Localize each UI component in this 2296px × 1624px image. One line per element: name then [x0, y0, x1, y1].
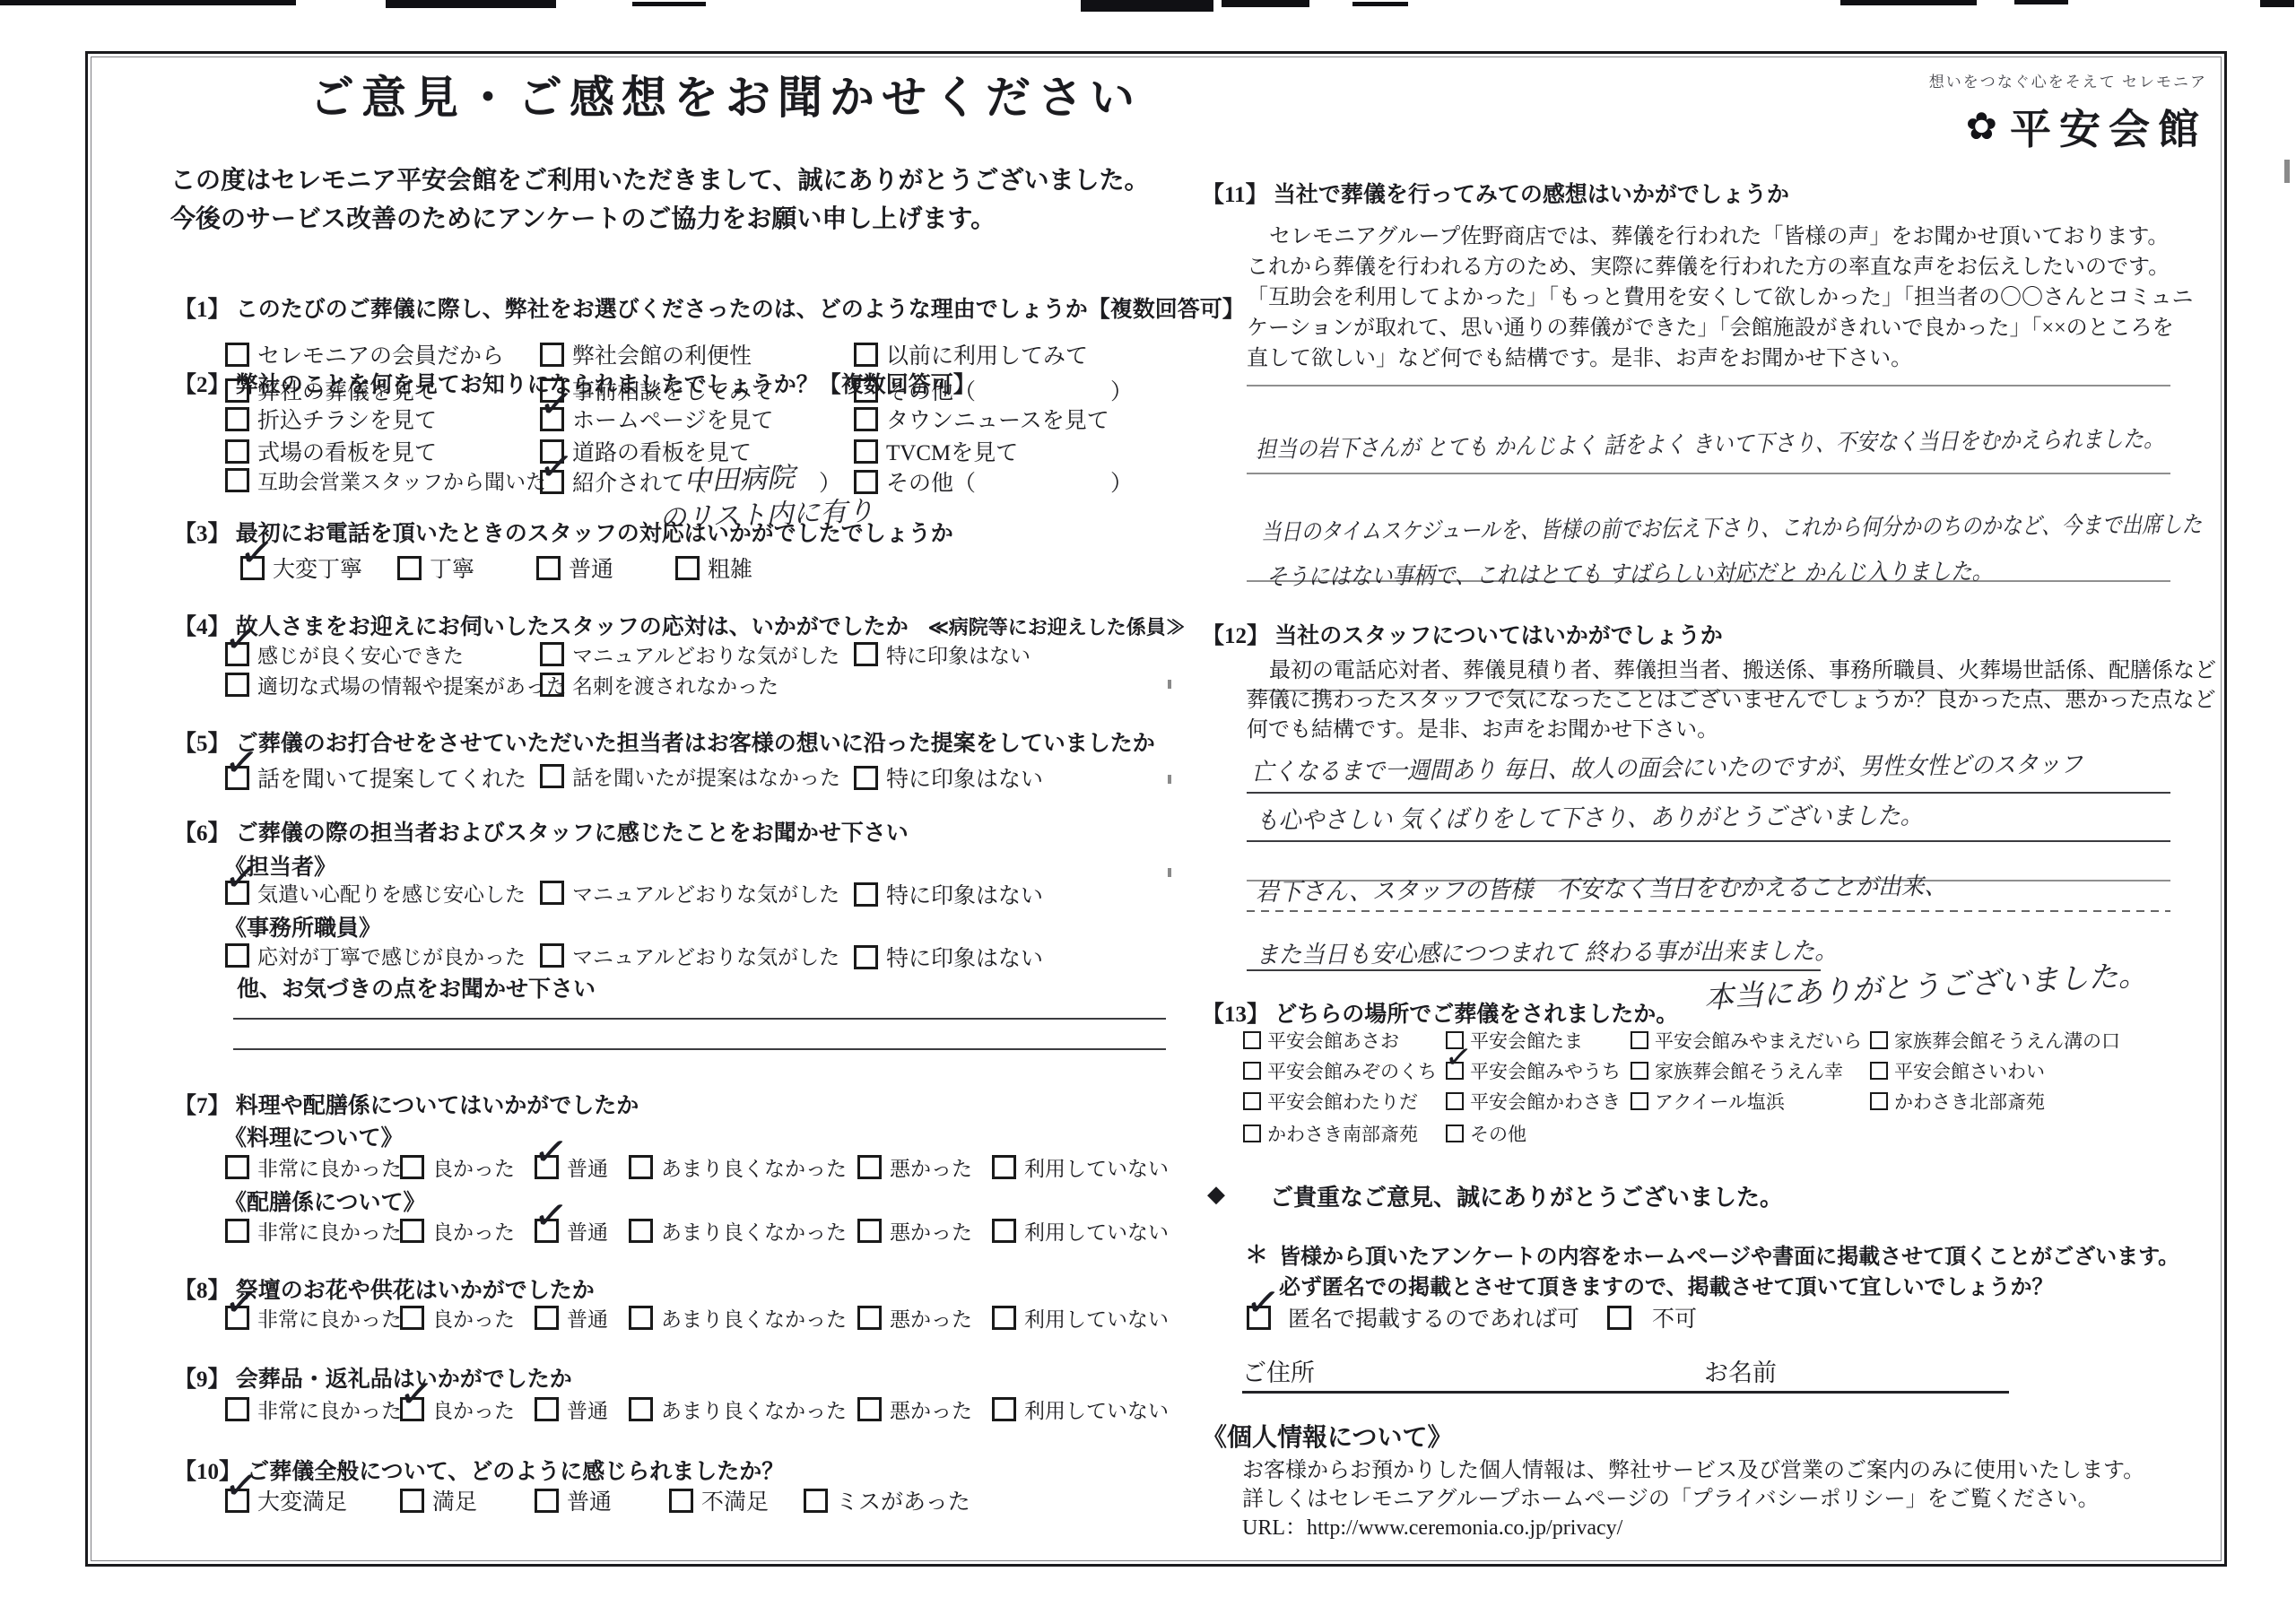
option-excellent[interactable]: 非常に良かった	[225, 1394, 400, 1424]
scan-artifact	[2014, 0, 2068, 4]
checkbox[interactable]	[400, 1489, 424, 1513]
question-11-title: 【11】 当社で葬儀を行ってみての感想はいかがでしょうか	[1202, 177, 1789, 209]
option-anonymous-ok[interactable]: ✓匿名で掲載するのであれば可	[1247, 1301, 1607, 1333]
privacy-line-1: お客様からお預かりした個人情報は、弊社サービス及び営業のご案内のみに使用いたしま…	[1242, 1452, 2144, 1483]
checkbox[interactable]	[992, 1155, 1016, 1179]
address-label: ご住所	[1242, 1353, 1315, 1388]
intro-line-1: この度はセレモニア平安会館をご利用いただきまして、誠にありがとうございました。	[170, 161, 1149, 196]
option-hall-asao[interactable]: 平安会館あさお	[1243, 1027, 1446, 1054]
checkbox[interactable]	[225, 673, 249, 697]
checkbox[interactable]	[804, 1489, 828, 1513]
option-not-so-good[interactable]: あまり良くなかった	[629, 1216, 857, 1246]
option-hall-miyamaedaira[interactable]: 平安会館みやまえだいら	[1631, 1027, 1870, 1054]
checkbox[interactable]	[535, 1397, 559, 1421]
checkbox[interactable]	[854, 766, 878, 790]
handwritten-comment: そうにはない事柄で、これはとても すばらしい対応だと かんじ入りました。	[1266, 553, 1993, 592]
question-3-options: ✓大変丁寧 丁寧 普通 粗雑	[240, 551, 752, 584]
question-5-title: 【5】 ご葬儀のお打合せをさせていただいた担当者はお客様の想いに沿った提案をして…	[174, 725, 1155, 758]
question-13-options-row-2: 平安会館みぞのくち ✓平安会館みやうち 家族葬会館そうえん幸 平安会館さいわい	[1243, 1057, 2045, 1084]
question-10-title: 【10】 ご葬儀全般について、どのように感じられましたか？	[174, 1454, 784, 1486]
option-good[interactable]: ✓良かった	[400, 1394, 535, 1424]
consent-options: ✓匿名で掲載するのであれば可 不可	[1247, 1301, 1697, 1333]
option-listened-no-proposal[interactable]: 話を聞いたが提案はなかった	[540, 761, 854, 791]
question-13-options-row-3: 平安会館わたりだ 平安会館かわさき アクイール塩浜 かわさき北部斎苑	[1243, 1088, 2045, 1115]
checkbox[interactable]	[540, 673, 564, 697]
handwritten-comment: 当日のタイムスケジュールを、皆様の前でお伝え下さり、これから何分かのちのかなど、…	[1261, 506, 2202, 547]
question-13-options-row-1: 平安会館あさお 平安会館たま 平安会館みやまえだいら 家族葬会館そうえん溝の口	[1243, 1027, 2120, 1054]
option-normal[interactable]: 普通	[535, 1303, 629, 1333]
checkbox[interactable]	[992, 1219, 1016, 1243]
option-hall-kawasaki[interactable]: 平安会館かわさき	[1446, 1088, 1631, 1115]
option-polite[interactable]: 丁寧	[397, 551, 536, 584]
right-column: 想いをつなぐ心をそえて セレモニア ✿ 平安会館 【11】 当社で葬儀を行ってみ…	[1202, 51, 2220, 1561]
option-hall-saiwai[interactable]: 平安会館さいわい	[1870, 1057, 2045, 1084]
checkbox[interactable]	[1870, 1092, 1888, 1110]
checkbox[interactable]	[540, 764, 564, 788]
handwritten-comment: も心やさしい 気くばりをして下さり、ありがとうございました。	[1256, 795, 1923, 836]
option-felt-manual[interactable]: マニュアルどおりな気がした	[540, 941, 854, 970]
question-7-title: 【7】 料理や配膳係についてはいかがでしたか	[174, 1088, 639, 1120]
checkbox[interactable]	[535, 1306, 559, 1330]
checkbox-checked[interactable]: ✓	[225, 642, 249, 666]
option-good[interactable]: 良かった	[400, 1303, 535, 1333]
option-hall-mizonokuchi[interactable]: 平安会館みぞのくち	[1243, 1057, 1446, 1084]
intro-line-2: 今後のサービス改善のためにアンケートのご協力をお願い申し上げます。	[170, 199, 996, 235]
option-no-business-card[interactable]: 名刺を渡されなかった	[540, 670, 778, 699]
scan-artifact	[1352, 2, 1408, 6]
option-not-ok[interactable]: 不可	[1607, 1301, 1697, 1333]
option-not-so-good[interactable]: あまり良くなかった	[629, 1303, 857, 1333]
question-2-title: 【2】 弊社のことを何を見てお知りになられましたでしょうか？【複数回答可】	[174, 367, 976, 399]
checkbox[interactable]	[225, 1397, 249, 1421]
option-other[interactable]: その他	[1446, 1120, 1526, 1147]
brand-tagline: 想いをつなぐ心をそえて セレモニア	[1929, 69, 2207, 91]
checkbox[interactable]	[854, 343, 878, 367]
option-good[interactable]: 良かった	[400, 1216, 535, 1246]
checkbox[interactable]	[1870, 1031, 1888, 1049]
scan-artifact	[1222, 0, 1309, 7]
option-hall-soen-mizonokuchi[interactable]: 家族葬会館そうえん溝の口	[1870, 1027, 2120, 1054]
option-not-so-good[interactable]: あまり良くなかった	[629, 1152, 857, 1182]
question-6-free-comment-label: 他、お気づきの点をお聞かせ下さい	[237, 971, 596, 1003]
question-12-title: 【12】 当社のスタッフについてはいかがでしょうか	[1202, 618, 1723, 650]
checkbox[interactable]	[857, 1155, 882, 1179]
option-not-used[interactable]: 利用していない	[992, 1152, 1169, 1182]
checkbox[interactable]	[225, 468, 249, 492]
option-hall-soen-sachi[interactable]: 家族葬会館そうえん幸	[1631, 1057, 1870, 1084]
checkbox[interactable]	[1243, 1031, 1261, 1049]
option-felt-manual[interactable]: マニュアルどおりな気がした	[540, 878, 854, 908]
checkbox[interactable]	[225, 343, 249, 367]
handwritten-comment: 担当の岩下さんが とても かんじよく 話をよく きいて下さり、不安なく当日をむか…	[1256, 421, 2164, 465]
scan-artifact	[632, 2, 706, 6]
checkbox[interactable]	[629, 1219, 653, 1243]
option-bad[interactable]: 悪かった	[857, 1216, 992, 1246]
option-normal[interactable]: 普通	[536, 551, 675, 584]
consent-line-1: 皆様から頂いたアンケートの内容をホームページや書面に掲載させて頂くことがございま…	[1279, 1238, 2179, 1270]
checkbox[interactable]	[225, 1155, 249, 1179]
ruled-line[interactable]	[1247, 840, 2170, 842]
option-member[interactable]: セレモニアの会員だから	[225, 338, 540, 370]
question-10-options: ✓大変満足 満足 普通 不満足 ミスがあった	[225, 1484, 970, 1516]
option-excellent[interactable]: 非常に良かった	[225, 1216, 400, 1246]
option-used-before[interactable]: 以前に利用してみて	[854, 338, 1088, 370]
checkbox[interactable]	[992, 1397, 1016, 1421]
checkbox[interactable]	[1631, 1031, 1648, 1049]
option-very-satisfied[interactable]: ✓大変満足	[225, 1484, 400, 1516]
question-4-note: ≪病院等にお迎えした係員≫	[928, 616, 1186, 638]
checkbox[interactable]	[400, 1306, 424, 1330]
option-other[interactable]: その他（ ）	[854, 465, 1133, 498]
option-mistake[interactable]: ミスがあった	[804, 1484, 970, 1516]
checkbox[interactable]	[225, 1219, 249, 1243]
option-good-proposal[interactable]: 適切な式場の情報や提案があった	[225, 670, 540, 699]
question-6-subheading-jimusho: 《事務所職員》	[224, 910, 381, 942]
asterisk-icon: ＊	[1245, 1237, 1268, 1270]
checkmark-icon: ✓	[531, 1193, 570, 1238]
option-excellent[interactable]: ✓非常に良かった	[225, 1303, 400, 1333]
question-11-body-line: 直して欲しい」など何でも結構です。是非、お声をお聞かせ下さい。	[1247, 340, 1912, 371]
option-good[interactable]: 良かった	[400, 1152, 535, 1182]
checkbox-checked[interactable]: ✓	[1247, 1306, 1271, 1330]
checkbox-checked[interactable]: ✓	[540, 407, 564, 431]
option-not-so-good[interactable]: あまり良くなかった	[629, 1394, 857, 1424]
question-9-title: 【9】 会葬品・返礼品はいかがでしたか	[174, 1361, 572, 1394]
question-6-subheading-tantosha: 《担当者》	[224, 849, 336, 881]
option-no-impression[interactable]: 特に印象はない	[854, 761, 1043, 794]
checkbox[interactable]	[540, 943, 564, 968]
question-1-options-row-1: セレモニアの会員だから 弊社会館の利便性 以前に利用してみて	[225, 338, 1088, 370]
checkbox[interactable]	[854, 439, 878, 464]
option-kawasaki-nanbu[interactable]: かわさき南部斎苑	[1243, 1120, 1446, 1147]
handwritten-comment: 岩下さん、スタッフの皆様 不安なく当日をむかえることが出来、	[1256, 866, 1947, 908]
question-11-body-line: セレモニアグループ佐野商店では、葬儀を行われた「皆様の声」をお聞かせ頂いておりま…	[1269, 218, 2169, 249]
question-7-subheading-haizen: 《配膳係について》	[224, 1185, 426, 1217]
question-3-title: 【3】 最初にお電話を頂いたときのスタッフの対応はいかがでしたでしょうか	[174, 516, 953, 548]
option-aquir-shiohama[interactable]: アクイール塩浜	[1631, 1088, 1870, 1115]
option-town-news[interactable]: タウンニュースを見て	[854, 403, 1109, 435]
option-felt-manual[interactable]: マニュアルどおりな気がした	[540, 639, 854, 669]
checkbox[interactable]	[1243, 1062, 1261, 1080]
checkbox[interactable]	[1631, 1092, 1648, 1110]
question-8-options: ✓非常に良かった 良かった 普通 あまり良くなかった 悪かった 利用していない	[225, 1303, 1169, 1333]
option-kawasaki-hokubu[interactable]: かわさき北部斎苑	[1870, 1088, 2045, 1115]
question-11-body-line: 「互助会を利用してよかった」「もっと費用を安くして欲しかった」「担当者の〇〇さん…	[1247, 279, 2194, 310]
option-hall-tama[interactable]: 平安会館たま	[1446, 1027, 1631, 1054]
left-column: ご意見・ご感想をお聞かせください この度はセレモニア平安会館をご利用いただきまし…	[135, 51, 1202, 1561]
question-4-title: 【4】 故人さまをお迎えにお伺いしたスタッフの応対は、いかがでしたか	[174, 615, 909, 639]
consent-line-2: 必ず匿名での掲載とさせて頂きますので、掲載させて頂いて宜しいでしょうか？	[1279, 1269, 2054, 1300]
checkbox[interactable]	[857, 1219, 882, 1243]
checkbox[interactable]	[857, 1306, 882, 1330]
question-4-options-row-2: 適切な式場の情報や提案があった 名刺を渡されなかった	[225, 670, 778, 699]
question-12-body-line: 最初の電話応対者、葬儀見積り者、葬儀担当者、搬送係、事務所職員、火葬場世話係、配…	[1269, 652, 2216, 683]
checkbox[interactable]	[854, 882, 878, 907]
checkmark-icon: ✓	[1243, 1279, 1283, 1324]
checkbox[interactable]	[675, 556, 700, 580]
option-caring-reassured[interactable]: ✓気遣い心配りを感じ安心した	[225, 878, 540, 908]
checkbox[interactable]	[536, 556, 561, 580]
name-input-line[interactable]	[1704, 1391, 2009, 1394]
checkbox-checked[interactable]: ✓	[225, 1489, 249, 1513]
checkbox[interactable]	[1607, 1306, 1631, 1330]
option-no-impression[interactable]: 特に印象はない	[854, 639, 1031, 669]
scan-artifact	[1081, 0, 1213, 12]
brand-logo: 想いをつなぐ心をそえて セレモニア ✿ 平安会館	[1929, 69, 2207, 156]
ruled-line[interactable]	[1247, 969, 1821, 971]
checkbox[interactable]	[1446, 1125, 1464, 1142]
checkbox[interactable]	[857, 1397, 882, 1421]
option-normal[interactable]: 普通	[535, 1484, 669, 1516]
checkbox[interactable]	[1446, 1031, 1464, 1049]
checkbox[interactable]	[540, 343, 564, 367]
scan-artifact	[0, 0, 296, 5]
option-felt-reassured[interactable]: ✓感じが良く安心できた	[225, 639, 540, 669]
checkbox[interactable]	[854, 642, 878, 666]
brand-name: 平安会館	[2010, 97, 2207, 156]
scan-artifact	[386, 0, 556, 8]
option-normal[interactable]: 普通	[535, 1394, 629, 1424]
question-2-options-row-1: 折込チラシを見て ✓ホームページを見て タウンニュースを見て	[225, 403, 1109, 435]
name-label: お名前	[1704, 1353, 1777, 1388]
scan-artifact	[2284, 160, 2290, 183]
checkbox[interactable]	[1870, 1062, 1888, 1080]
ruled-line[interactable]	[1247, 473, 2170, 474]
checkbox[interactable]	[629, 1306, 653, 1330]
checkbox[interactable]	[400, 1219, 424, 1243]
option-hall-sign[interactable]: 式場の看板を見て	[225, 435, 540, 467]
option-very-polite[interactable]: ✓大変丁寧	[240, 551, 397, 584]
scan-artifact	[2260, 0, 2294, 7]
option-not-used[interactable]: 利用していない	[992, 1216, 1169, 1246]
option-not-used[interactable]: 利用していない	[992, 1394, 1169, 1424]
checkbox[interactable]	[1631, 1062, 1648, 1080]
checkbox[interactable]	[629, 1397, 653, 1421]
question-13-options-row-4: かわさき南部斎苑 その他	[1243, 1120, 1526, 1147]
question-12-body-line: 何でも結構です。是非、お声をお聞かせ下さい。	[1247, 711, 1718, 743]
checkbox[interactable]	[540, 642, 564, 666]
checkbox-checked[interactable]: ✓	[225, 881, 249, 905]
checkbox[interactable]	[397, 556, 422, 580]
option-tvcm[interactable]: TVCMを見て	[854, 435, 1018, 467]
question-13-title: 【13】 どちらの場所でご葬儀をされましたか。	[1202, 996, 1678, 1029]
option-normal[interactable]: ✓普通	[535, 1216, 629, 1246]
option-dissatisfied[interactable]: 不満足	[669, 1484, 804, 1516]
option-mutual-aid-staff[interactable]: 互助会営業スタッフから聞いた	[225, 465, 540, 495]
question-11-body-line: ケーションが取れて、思い通りの葬儀ができた」「会館施設がきれいで良かった」「××…	[1247, 309, 2174, 341]
handwritten-comment: また当日も安心感につつまれて 終わる事が出来ました。	[1256, 931, 1838, 970]
option-excellent[interactable]: 非常に良かった	[225, 1152, 400, 1182]
checkbox-checked[interactable]: ✓	[225, 766, 249, 790]
page-title: ご意見・ご感想をお聞かせください	[309, 62, 1142, 126]
checkbox[interactable]	[1243, 1092, 1261, 1110]
question-4-title-row: 【4】 故人さまをお迎えにお伺いしたスタッフの応対は、いかがでしたか≪病院等にお…	[174, 609, 1186, 641]
diamond-icon: ◆	[1207, 1181, 1225, 1208]
option-not-used[interactable]: 利用していない	[992, 1303, 1169, 1333]
checkbox[interactable]	[225, 407, 249, 431]
checkmark-icon: ✓	[531, 1129, 570, 1174]
checkbox-checked[interactable]: ✓	[535, 1219, 559, 1243]
checkbox[interactable]	[400, 1155, 424, 1179]
checkbox-checked[interactable]: ✓	[240, 556, 265, 580]
option-bad[interactable]: 悪かった	[857, 1394, 992, 1424]
checkbox[interactable]	[225, 439, 249, 464]
privacy-url: URL：http://www.ceremonia.co.jp/privacy/	[1242, 1509, 1622, 1541]
checkbox[interactable]	[992, 1306, 1016, 1330]
option-satisfied[interactable]: 満足	[400, 1484, 535, 1516]
ruled-line[interactable]	[233, 1018, 1166, 1020]
checkbox[interactable]	[1446, 1092, 1464, 1110]
checkbox[interactable]	[854, 407, 878, 431]
privacy-line-2: 詳しくはセレモニアグループホームページの「プライバシーポリシー」をご覧ください。	[1242, 1481, 2100, 1512]
checkbox-checked[interactable]: ✓	[400, 1397, 424, 1421]
question-4-options-row-1: ✓感じが良く安心できた マニュアルどおりな気がした 特に印象はない	[225, 639, 1031, 669]
question-6-options-jimusho: 応対が丁寧で感じが良かった マニュアルどおりな気がした 特に印象はない	[225, 941, 1043, 973]
ruled-line[interactable]	[1247, 385, 2170, 386]
ruled-line[interactable]	[1247, 792, 2170, 794]
question-7-options-ryori: 非常に良かった 良かった ✓普通 あまり良くなかった 悪かった 利用していない	[225, 1152, 1169, 1182]
checkbox[interactable]	[535, 1489, 559, 1513]
checkbox-checked[interactable]: ✓	[540, 470, 564, 494]
question-6-options-tantosha: ✓気遣い心配りを感じ安心した マニュアルどおりな気がした 特に印象はない	[225, 878, 1043, 910]
option-bad[interactable]: 悪かった	[857, 1303, 992, 1333]
handwritten-comment: 亡くなるまで一週間あり 毎日、故人の面会にいたのですが、男性女性どのスタッフ	[1251, 744, 2083, 787]
option-bad[interactable]: 悪かった	[857, 1152, 992, 1182]
question-2-options-row-2: 式場の看板を見て 道路の看板を見て TVCMを見て	[225, 435, 1018, 467]
question-7-subheading-ryori: 《料理について》	[224, 1120, 404, 1152]
checkbox[interactable]	[540, 881, 564, 905]
option-homepage[interactable]: ✓ホームページを見て	[540, 403, 854, 435]
option-flyer[interactable]: 折込チラシを見て	[225, 403, 540, 435]
option-rough[interactable]: 粗雑	[675, 551, 752, 584]
question-12-body-line: 葬儀に携わったスタッフで気になったことはございませんでしょうか？良かった点、悪か…	[1247, 682, 2215, 713]
checkbox-checked[interactable]: ✓	[535, 1155, 559, 1179]
checkbox[interactable]	[629, 1155, 653, 1179]
checkbox[interactable]	[854, 945, 878, 969]
scanned-survey-page: ご意見・ご感想をお聞かせください この度はセレモニア平安会館をご利用いただきまし…	[0, 0, 2296, 1624]
address-input-line[interactable]	[1242, 1391, 1709, 1394]
option-hall-convenience[interactable]: 弊社会館の利便性	[540, 338, 854, 370]
question-8-title: 【8】 祭壇のお花や供花はいかがでしたか	[174, 1272, 595, 1305]
checkbox-checked[interactable]: ✓	[1446, 1062, 1464, 1080]
question-5-options: ✓話を聞いて提案してくれた 話を聞いたが提案はなかった 特に印象はない	[225, 761, 1043, 794]
option-hall-miyauchi[interactable]: ✓平安会館みやうち	[1446, 1057, 1631, 1084]
option-no-impression[interactable]: 特に印象はない	[854, 941, 1043, 973]
privacy-title: 《個人情報について》	[1202, 1418, 1452, 1454]
question-9-options: 非常に良かった ✓良かった 普通 あまり良くなかった 悪かった 利用していない	[225, 1394, 1169, 1424]
closing-thanks: ご貴重なご意見、誠にありがとうございました。	[1270, 1179, 1783, 1212]
scan-artifact	[1840, 0, 1977, 5]
checkbox-checked[interactable]: ✓	[225, 1306, 249, 1330]
option-normal[interactable]: ✓普通	[535, 1152, 629, 1182]
checkbox[interactable]	[225, 943, 249, 968]
question-1-title: 【1】 このたびのご葬儀に際し、弊社をお選びくださったのは、どのような理由でしょ…	[174, 291, 1245, 324]
question-2-options-row-3: 互助会営業スタッフから聞いた ✓紹介されて（ ） 中田病院 その他（ ）	[225, 465, 1133, 498]
checkbox[interactable]	[1243, 1125, 1261, 1142]
option-listened-proposed[interactable]: ✓話を聞いて提案してくれた	[225, 761, 540, 794]
checkbox[interactable]	[540, 439, 564, 464]
flower-logo-icon: ✿	[1966, 104, 1997, 149]
ruled-line[interactable]	[1247, 910, 2170, 912]
option-polite-good[interactable]: 応対が丁寧で感じが良かった	[225, 941, 540, 970]
ruled-line[interactable]	[233, 1048, 1166, 1050]
question-11-body-line: これから葬儀を行われる方のため、実際に葬儀を行われた方の率直な声をお伝えしたいの…	[1247, 248, 2170, 280]
checkbox[interactable]	[669, 1489, 693, 1513]
option-no-impression[interactable]: 特に印象はない	[854, 878, 1043, 910]
question-6-title: 【6】 ご葬儀の際の担当者およびスタッフに感じたことをお聞かせ下さい	[174, 815, 909, 847]
question-7-options-haizen: 非常に良かった 良かった ✓普通 あまり良くなかった 悪かった 利用していない	[225, 1216, 1169, 1246]
option-hall-watarida[interactable]: 平安会館わたりだ	[1243, 1088, 1446, 1115]
